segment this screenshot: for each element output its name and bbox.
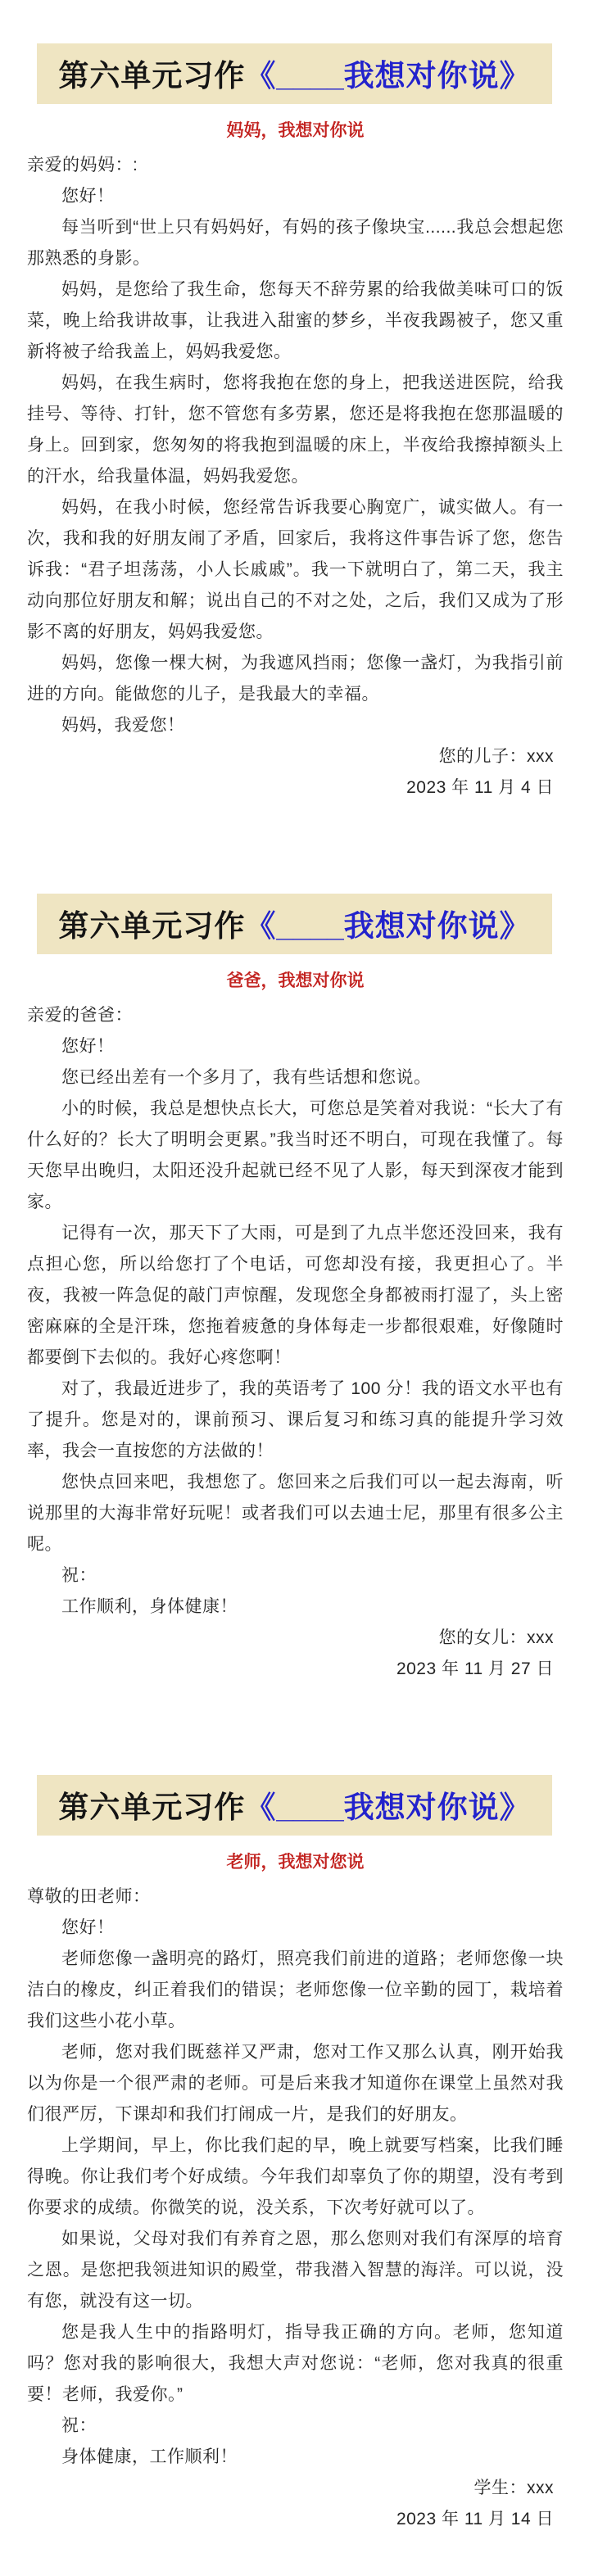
unit-title-black: 第六单元习作	[58, 909, 245, 943]
letter-paragraph: 老师，您对我们既慈祥又严肃，您对工作又那么认真，刚开始我以为你是一个很严肃的老师…	[27, 2037, 564, 2130]
letter-paragraph: 记得有一次，那天下了大雨，可是到了九点半您还没回来，我有点担心您，所以给您打了个…	[27, 1218, 564, 1374]
essay-section-dad: 第六单元习作《____我想对你说》 爸爸，我想对你说 亲爱的爸爸： 您好！ 您已…	[27, 894, 564, 1685]
unit-title-bracket-open: 《	[245, 1791, 276, 1824]
title-blank-underline: ____	[276, 59, 343, 93]
letter-paragraph: 每当听到“世上只有妈妈好，有妈的孩子像块宝......我总会想起您那熟悉的身影。	[27, 212, 564, 274]
worksheet-page: 第六单元习作《____我想对你说》 妈妈，我想对你说 亲爱的妈妈：: 您好！ 每…	[0, 0, 589, 2576]
unit-title-black: 第六单元习作	[58, 59, 245, 93]
signature-date: 2023 年 11 月 14 日	[27, 2504, 554, 2535]
signature-name: 您的儿子：xxx	[27, 741, 554, 772]
letter-subtitle: 妈妈，我想对你说	[27, 117, 564, 142]
letter-signature: 您的女儿：xxx 2023 年 11 月 27 日	[27, 1623, 564, 1685]
unit-title-bracket-open: 《	[245, 909, 276, 943]
letter-paragraph: 妈妈，是您给了我生命，您每天不辞劳累的给我做美味可口的饭菜，晚上给我讲故事，让我…	[27, 274, 564, 368]
unit-title-bracket-open: 《	[245, 59, 276, 93]
letter-paragraph: 对了，我最近进步了，我的英语考了 100 分！我的语文水平也有了提升。您是对的，…	[27, 1374, 564, 1467]
letter-body: 亲爱的妈妈：: 您好！ 每当听到“世上只有妈妈好，有妈的孩子像块宝......我…	[27, 150, 564, 741]
letter-signature: 您的儿子：xxx 2023 年 11 月 4 日	[27, 741, 564, 804]
letter-paragraph: 您好！	[27, 1913, 564, 1944]
unit-title-black: 第六单元习作	[58, 1791, 245, 1824]
letter-paragraph: 妈妈，在我生病时，您将我抱在您的身上，把我送进医院，给我挂号、等待、打针，您不管…	[27, 368, 564, 492]
letter-salutation: 亲爱的妈妈：:	[27, 150, 564, 181]
letter-paragraph: 祝：	[27, 2411, 564, 2442]
letter-signature: 学生：xxx 2023 年 11 月 14 日	[27, 2473, 564, 2535]
letter-salutation: 尊敬的田老师：	[27, 1881, 564, 1913]
letter-body: 亲爱的爸爸： 您好！ 您已经出差有一个多月了，我有些话想和您说。 小的时候，我总…	[27, 1000, 564, 1623]
letter-paragraph: 妈妈，您像一棵大树，为我遮风挡雨；您像一盏灯，为我指引前进的方向。能做您的儿子，…	[27, 648, 564, 710]
letter-paragraph: 上学期间，早上，你比我们起的早，晚上就要写档案，比我们睡得晚。你让我们考个好成绩…	[27, 2130, 564, 2224]
title-blank-underline: ____	[276, 909, 343, 943]
letter-paragraph: 您好！	[27, 181, 564, 212]
letter-paragraph: 如果说，父母对我们有养育之恩，那么您则对我们有深厚的培育之恩。是您把我领进知识的…	[27, 2224, 564, 2317]
letter-body: 尊敬的田老师： 您好！ 老师您像一盏明亮的路灯，照亮我们前进的道路；老师您像一块…	[27, 1881, 564, 2473]
signature-date: 2023 年 11 月 27 日	[27, 1654, 554, 1685]
unit-title-blue: 我想对你说》	[344, 909, 531, 943]
letter-paragraph: 祝：	[27, 1560, 564, 1591]
letter-paragraph: 您是我人生中的指路明灯，指导我正确的方向。老师，您知道吗？您对我的影响很大，我想…	[27, 2317, 564, 2411]
letter-paragraph: 您好！	[27, 1031, 564, 1062]
letter-paragraph: 工作顺利，身体健康！	[27, 1591, 564, 1623]
unit-title-blue: 我想对你说》	[344, 59, 531, 93]
essay-section-teacher: 第六单元习作《____我想对你说》 老师，我想对您说 尊敬的田老师： 您好！ 老…	[27, 1775, 564, 2535]
letter-paragraph: 老师您像一盏明亮的路灯，照亮我们前进的道路；老师您像一块洁白的橡皮，纠正着我们的…	[27, 1944, 564, 2037]
unit-title-banner: 第六单元习作《____我想对你说》	[37, 43, 552, 104]
letter-paragraph: 身体健康，工作顺利！	[27, 2442, 564, 2473]
letter-subtitle: 老师，我想对您说	[27, 1849, 564, 1873]
unit-title-banner: 第六单元习作《____我想对你说》	[37, 1775, 552, 1836]
letter-subtitle: 爸爸，我想对你说	[27, 967, 564, 992]
unit-title-blue: 我想对你说》	[344, 1791, 531, 1824]
letter-paragraph: 您已经出差有一个多月了，我有些话想和您说。	[27, 1062, 564, 1093]
signature-name: 您的女儿：xxx	[27, 1623, 554, 1654]
signature-name: 学生：xxx	[27, 2473, 554, 2504]
essay-section-mom: 第六单元习作《____我想对你说》 妈妈，我想对你说 亲爱的妈妈：: 您好！ 每…	[27, 43, 564, 804]
letter-paragraph: 妈妈，我爱您！	[27, 710, 564, 741]
title-blank-underline: ____	[276, 1791, 343, 1824]
letter-paragraph: 妈妈，在我小时候，您经常告诉我要心胸宽广，诚实做人。有一次，我和我的好朋友闹了矛…	[27, 492, 564, 648]
letter-paragraph: 您快点回来吧，我想您了。您回来之后我们可以一起去海南，听说那里的大海非常好玩呢！…	[27, 1467, 564, 1560]
letter-salutation: 亲爱的爸爸：	[27, 1000, 564, 1031]
letter-paragraph: 小的时候，我总是想快点长大，可您总是笑着对我说：“长大了有什么好的？长大了明明会…	[27, 1093, 564, 1218]
signature-date: 2023 年 11 月 4 日	[27, 772, 554, 804]
unit-title-banner: 第六单元习作《____我想对你说》	[37, 894, 552, 954]
